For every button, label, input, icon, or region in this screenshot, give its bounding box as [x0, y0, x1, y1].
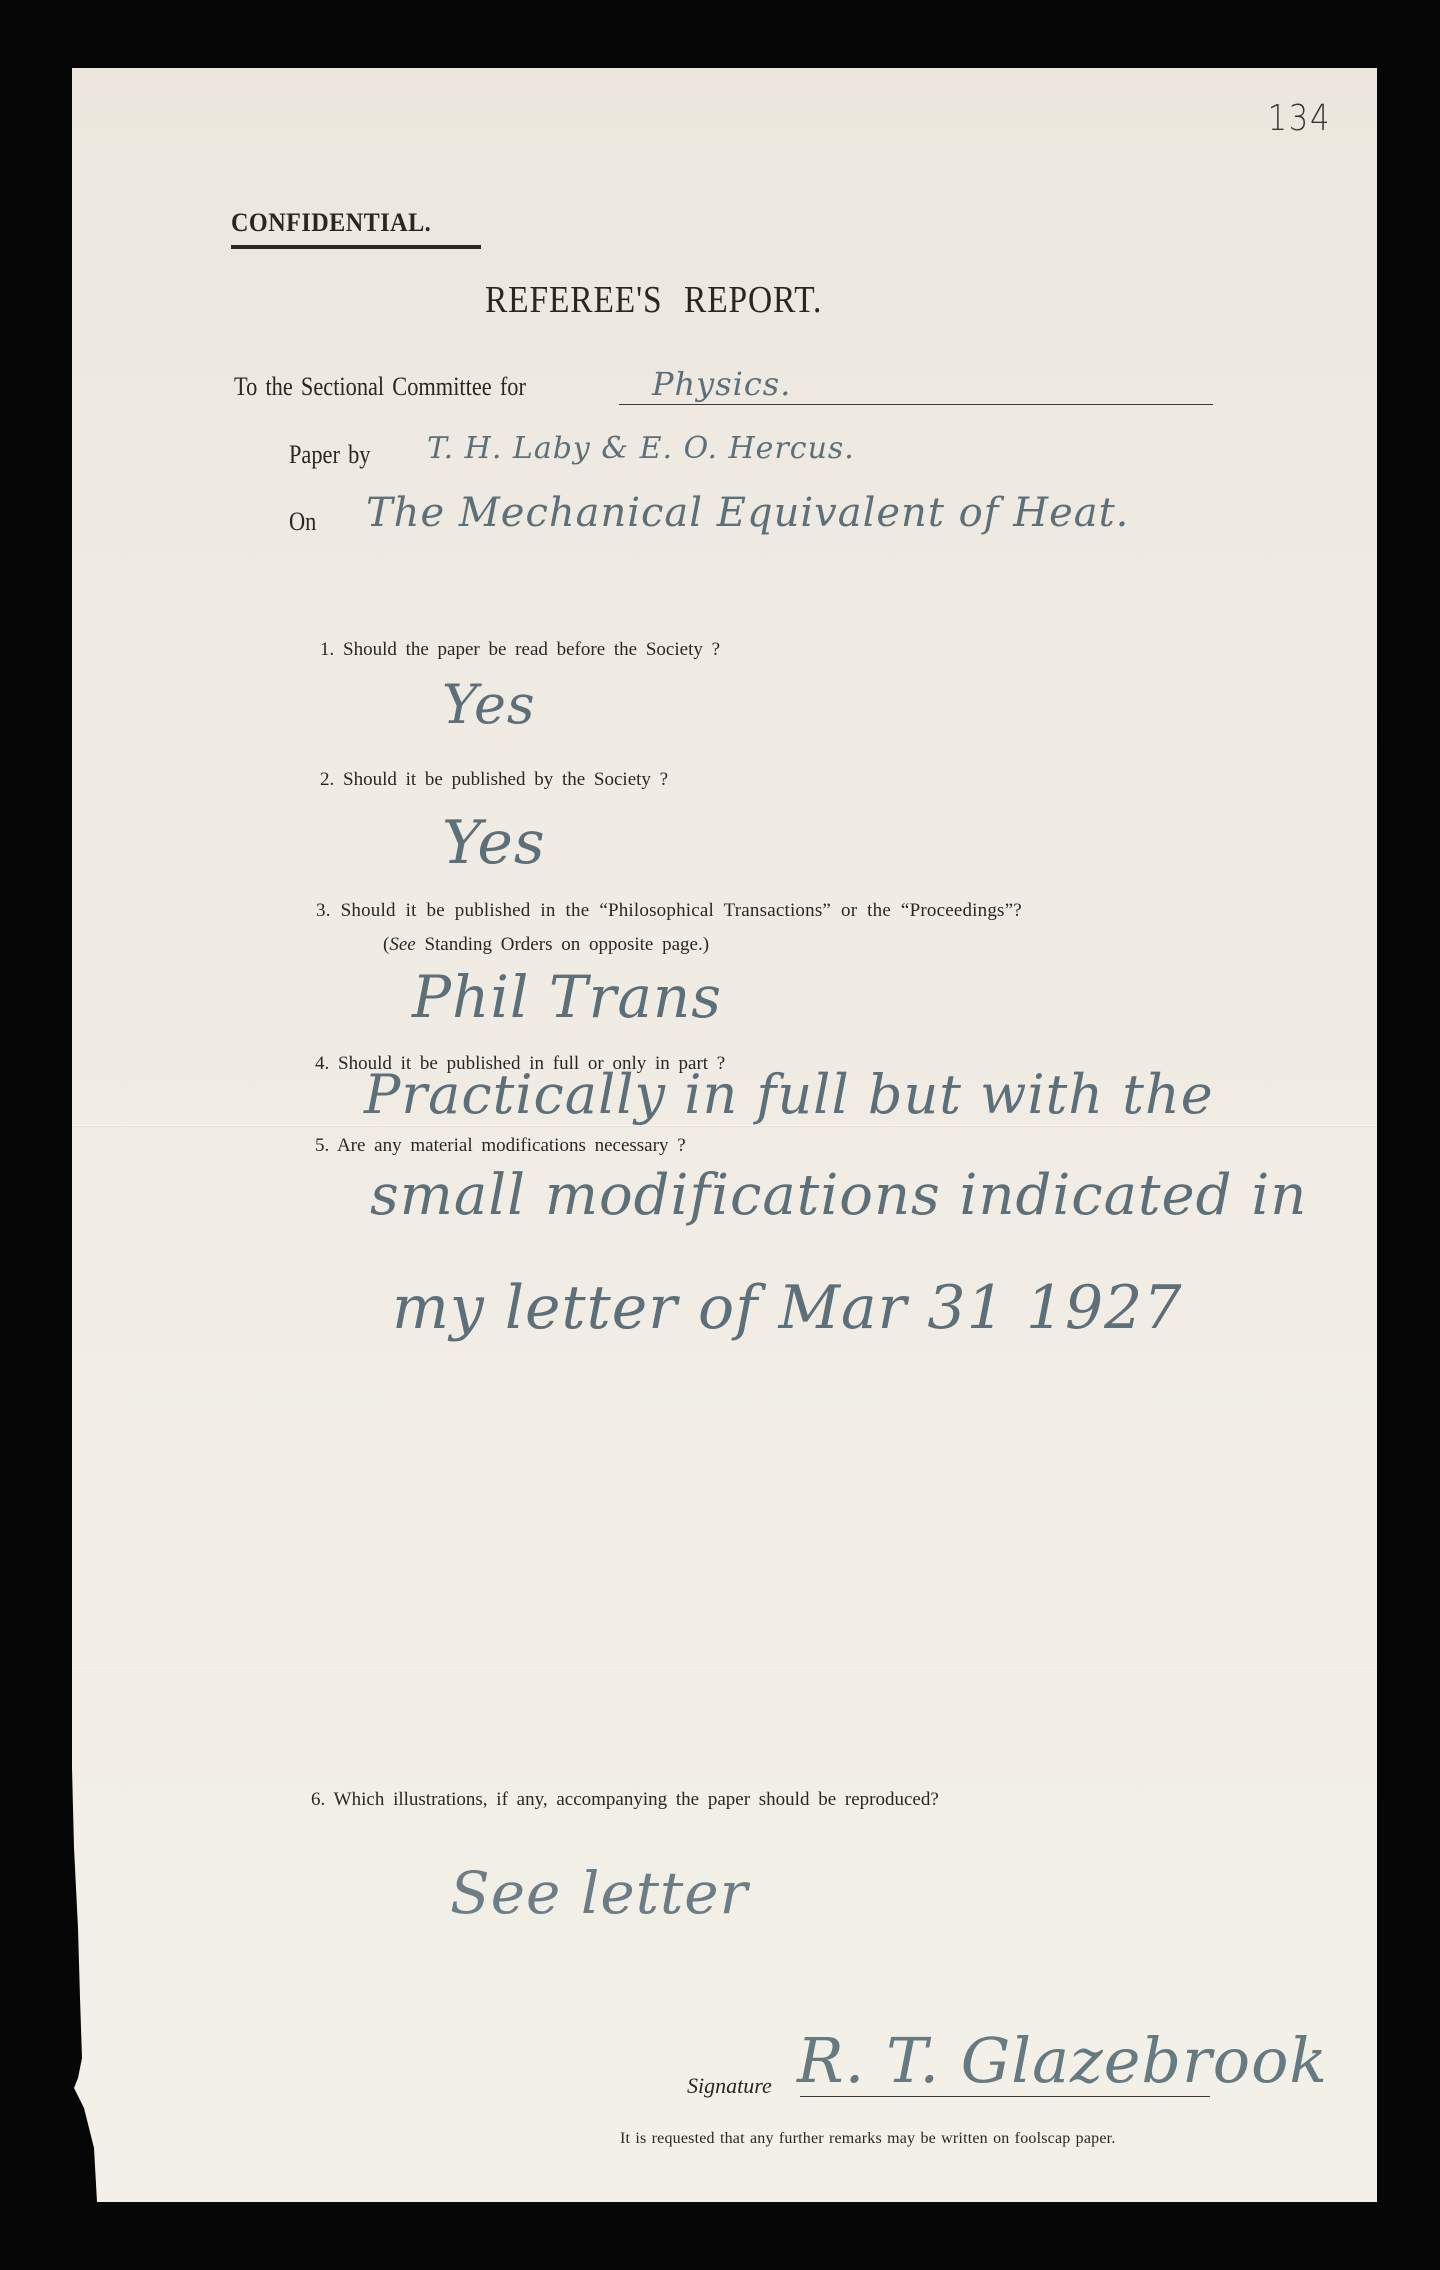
- question-text: Which illustrations, if any, accompanyin…: [334, 1789, 939, 1810]
- question-number: 1.: [320, 639, 334, 660]
- confidential-label: CONFIDENTIAL.: [231, 210, 431, 236]
- paper-by-label: Paper by: [289, 442, 370, 468]
- answer-6: See letter: [450, 1864, 748, 1922]
- footnote: It is requested that any further remarks…: [620, 2131, 1116, 2147]
- question-2: 2. Should it be published by the Society…: [320, 770, 668, 789]
- question-text: Should it be published in the “Philosoph…: [341, 900, 1022, 921]
- answer-2: Yes: [442, 813, 546, 873]
- answer-5-line-2: my letter of Mar 31 1927: [392, 1278, 1183, 1338]
- paper-fold-line: [72, 1668, 1377, 1670]
- page-number: 134: [1268, 98, 1332, 139]
- confidential-underline: [231, 245, 481, 249]
- question-number: 6.: [311, 1789, 325, 1810]
- note-see: See: [389, 934, 415, 955]
- committee-label: To the Sectional Committee for: [234, 374, 526, 400]
- question-number: 5.: [315, 1135, 329, 1156]
- question-5: 5. Are any material modifications necess…: [315, 1136, 686, 1155]
- on-value: The Mechanical Equivalent of Heat.: [366, 493, 1129, 533]
- question-3: 3. Should it be published in the “Philos…: [316, 901, 1022, 920]
- answer-4: Practically in full but with the: [364, 1068, 1214, 1122]
- question-text: Are any material modifications necessary…: [337, 1135, 686, 1156]
- question-number: 2.: [320, 769, 334, 790]
- paper-by-value: T. H. Laby & E. O. Hercus.: [427, 434, 855, 464]
- answer-3: Phil Trans: [412, 968, 722, 1026]
- question-text: Should it be published by the Society ?: [343, 769, 668, 790]
- signature-label: Signature: [687, 2075, 772, 2097]
- signature-value: R. T. Glazebrook: [797, 2030, 1328, 2092]
- question-3-note: (See Standing Orders on opposite page.): [383, 935, 709, 954]
- committee-field-line: [619, 404, 1213, 405]
- question-1: 1. Should the paper be read before the S…: [320, 640, 720, 659]
- answer-1: Yes: [442, 678, 536, 732]
- page-title: REFEREE'S REPORT.: [485, 281, 822, 319]
- referee-report-sheet: 134 CONFIDENTIAL. REFEREE'S REPORT. To t…: [72, 68, 1377, 2202]
- on-label: On: [289, 509, 316, 535]
- question-6: 6. Which illustrations, if any, accompan…: [311, 1790, 939, 1809]
- answer-5-line-1: small modifications indicated in: [370, 1168, 1307, 1224]
- question-text: Should the paper be read before the Soci…: [343, 639, 720, 660]
- committee-value: Physics.: [652, 368, 791, 400]
- question-number: 4.: [315, 1053, 329, 1074]
- question-number: 3.: [316, 900, 331, 921]
